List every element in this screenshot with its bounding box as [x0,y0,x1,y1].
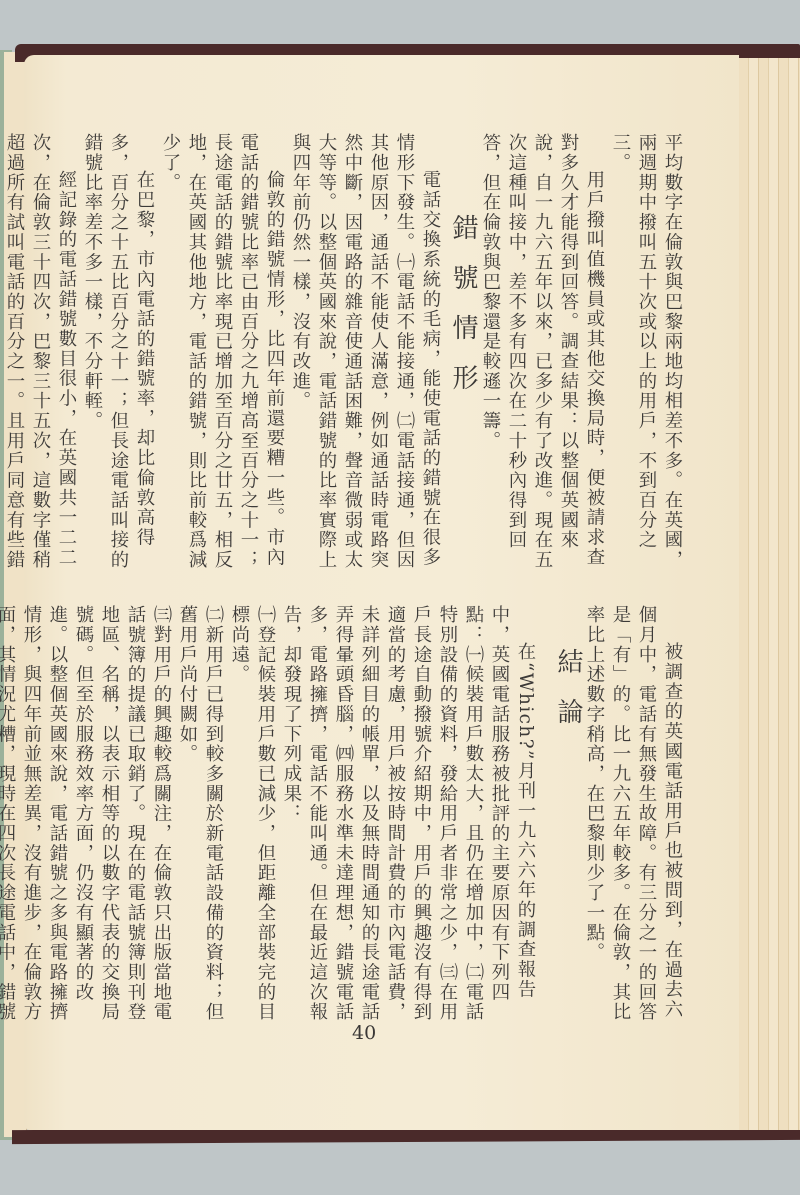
paragraph: 平均數字在倫敦與巴黎兩地均相差不多。在英國，兩週期中撥叫五十次或以上的用戶，不到… [607,133,685,573]
paragraph: 電話交換系統的毛病，能使電話的錯號在很多情形下發生。㈠電話不能接通，㈡電話接通，… [287,133,443,573]
conclusion-text: 在“Which?”月刊一九六六年的調查報告中，英國電話服務被批評的主要原因有下列… [0,605,538,1025]
paragraph: 在巴黎，市內電話的錯號率，却比倫敦高得多，百分之十五比百分之十一；但長途電話叫接… [79,133,157,573]
paragraph: ㈠登記候裝用戶數已減少，但距離全部裝完的目標尚遠。 [226,605,278,1025]
paragraph: ㈢對用戶的興趣較爲關注，在倫敦只出版當地電話號簿的提議已取銷了。現在的電話號簿則… [0,605,174,1025]
section-heading-conclusion: 結論 [550,648,587,748]
wrong-numbers-text: 電話交換系統的毛病，能使電話的錯號在很多情形下發生。㈠電話不能接通，㈡電話接通，… [0,133,443,573]
paragraph: ㈡新用戶已得到較多關於新電話設備的資料；但舊用戶尚付闕如。 [174,605,226,1025]
page-stack-edges [739,58,800,1130]
section-heading-wrong-numbers: 錯號情形 [445,214,482,414]
paragraph: 經記錄的電話錯號數目很小，在英國共一二二次，在倫敦三十四次，巴黎三十五次，這數字… [0,133,79,573]
paragraph: 用戶撥叫值機員或其他交換局時，便被請求查對多久才能得到回答。調查結果：以整個英國… [477,133,607,573]
paragraph: 在“Which?”月刊一九六六年的調查報告中，英國電話服務被批評的主要原因有下列… [278,605,538,1025]
page-number: 40 [352,1022,376,1044]
survey-text: 被調查的英國電話用戶也被問到，在過去六個月中，電話有無發生故障。有三分之一的回答… [581,605,685,1025]
paragraph: 倫敦的錯號情形，比四年前還要糟一些。市內電話的錯號比率已由百分之九增高至百分之十… [157,133,287,573]
paragraph: 被調查的英國電話用戶也被問到，在過去六個月中，電話有無發生故障。有三分之一的回答… [581,605,685,1025]
intro-text: 平均數字在倫敦與巴黎兩地均相差不多。在英國，兩週期中撥叫五十次或以上的用戶，不到… [477,133,685,573]
